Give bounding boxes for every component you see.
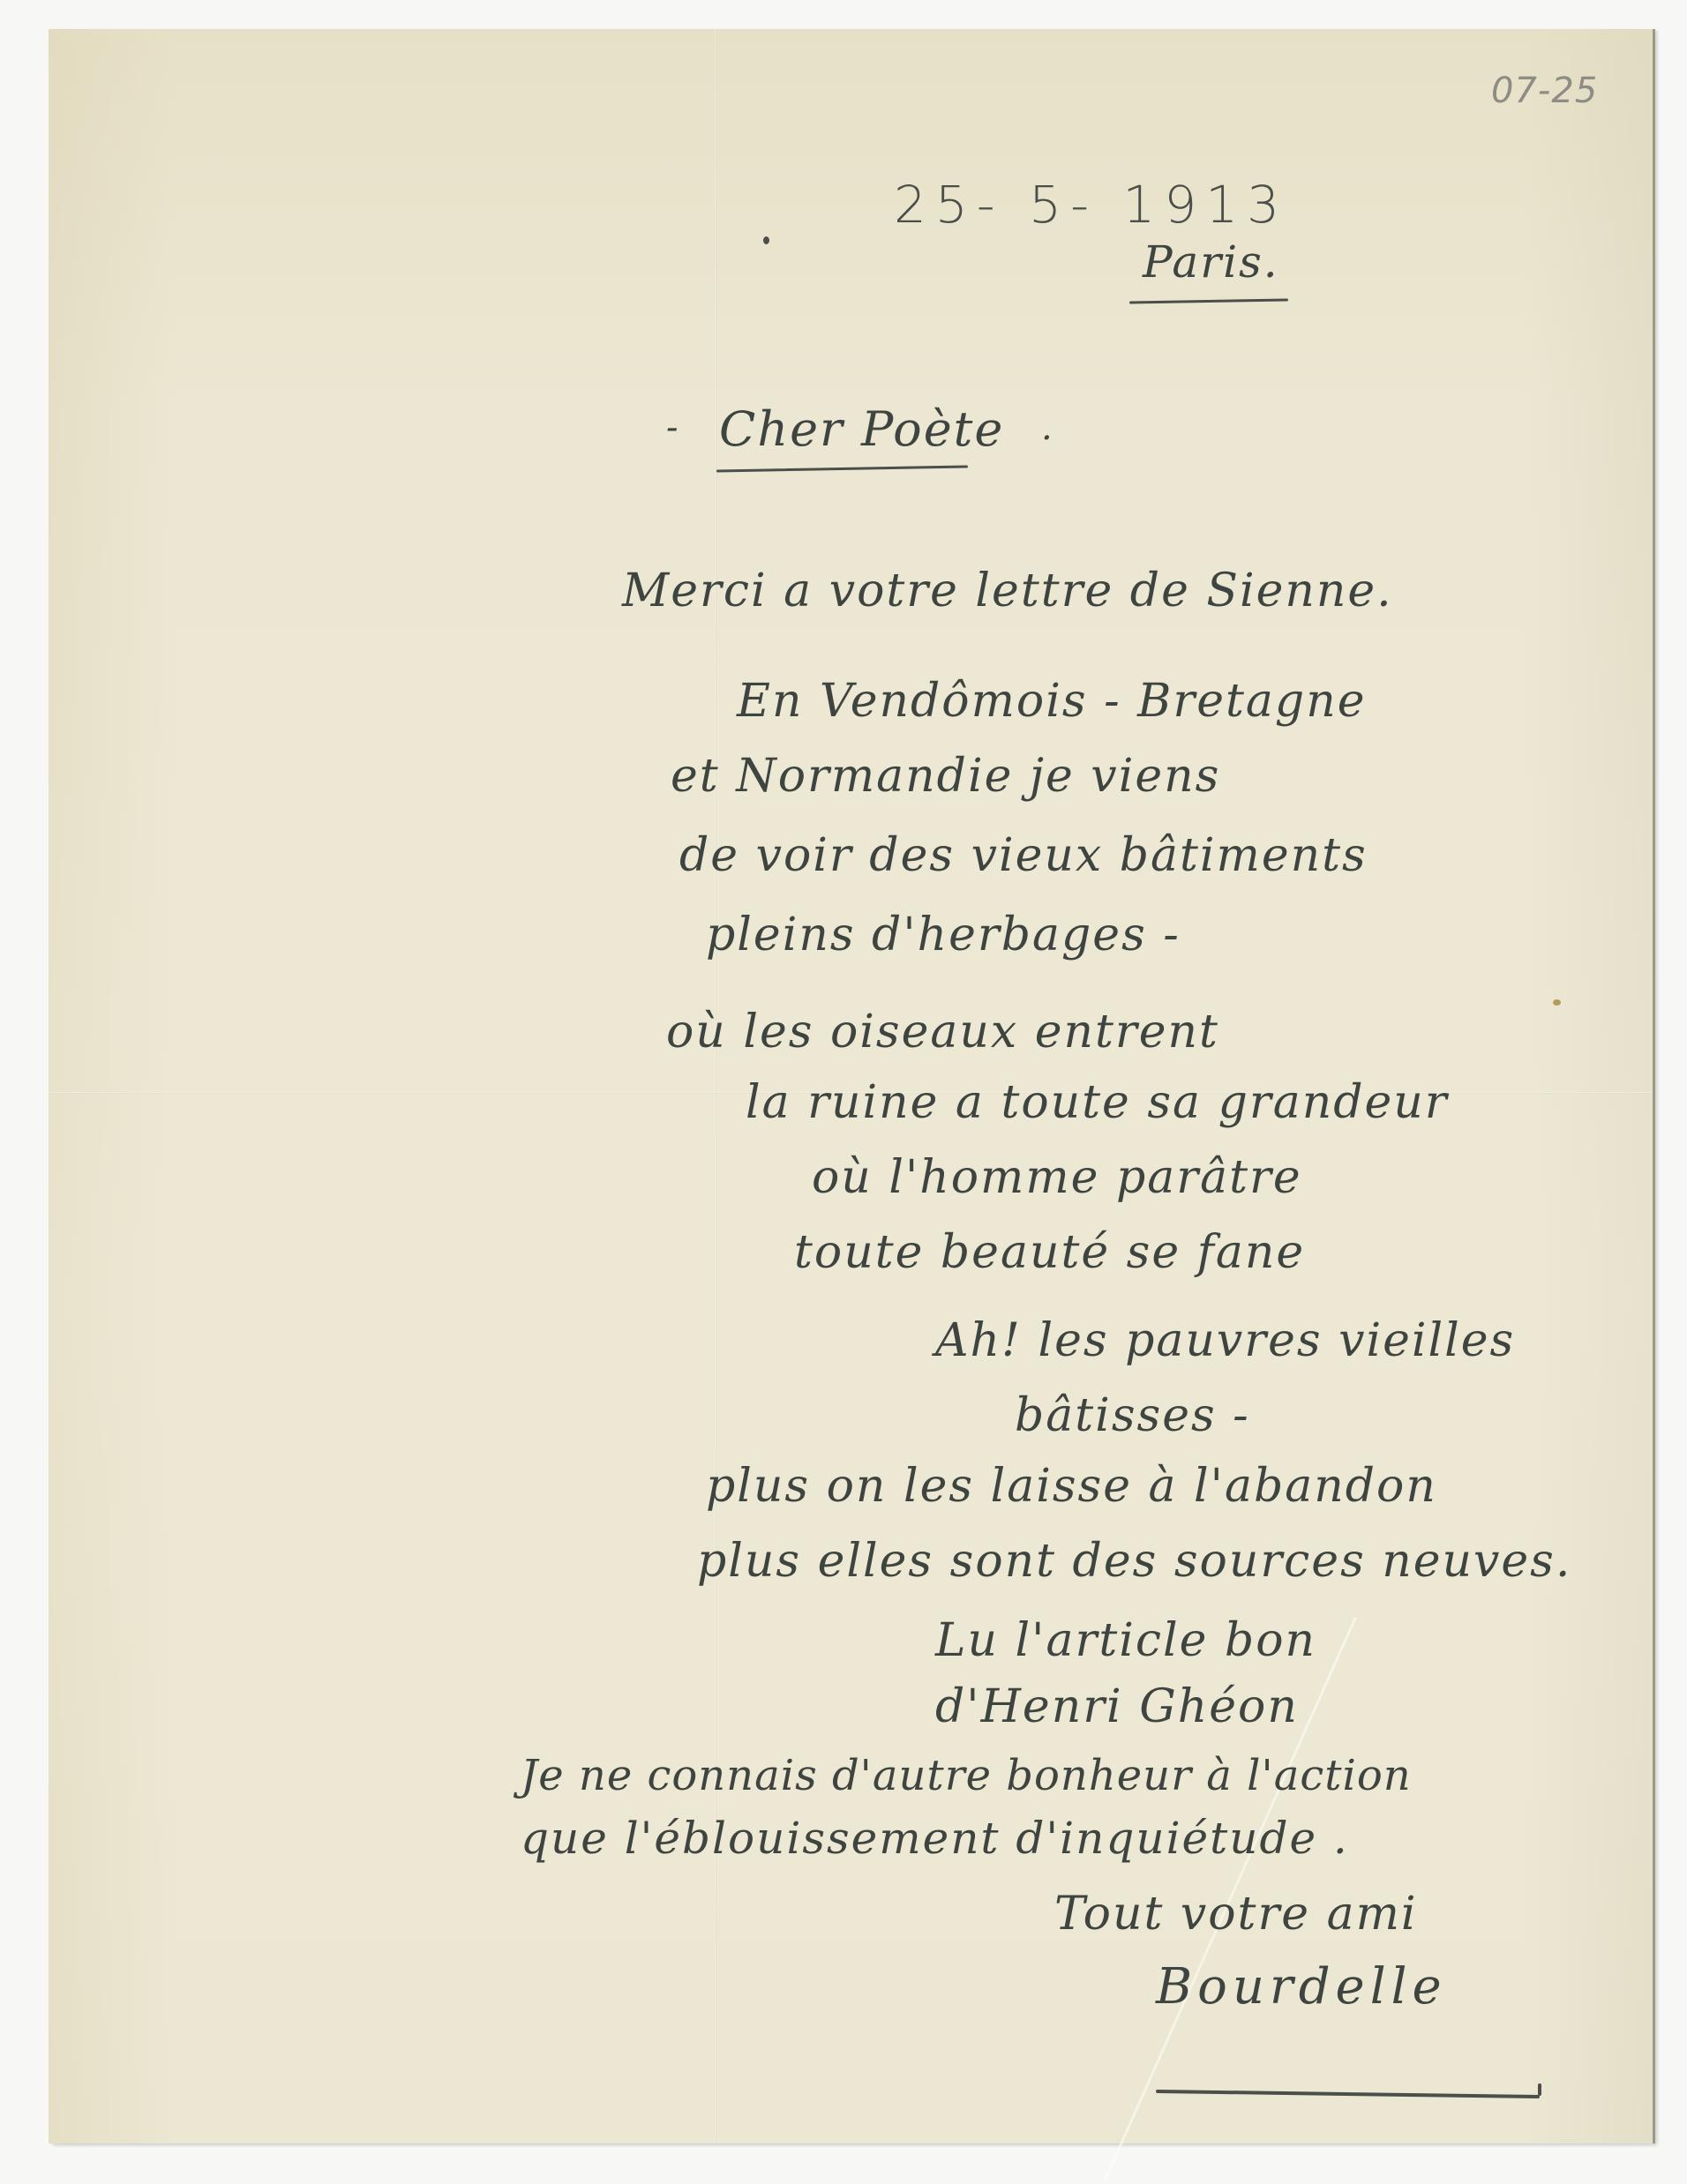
ink-stain: [1553, 999, 1561, 1006]
body-line-13: plus elles sont des sources neuves.: [697, 1535, 1571, 1588]
letter-place: Paris.: [1143, 236, 1279, 288]
salutation: Cher Poète: [719, 401, 1004, 457]
archive-number: 07-25: [1491, 71, 1598, 111]
body-line-11: bâtisses -: [1015, 1389, 1250, 1442]
body-line-6: où les oiseaux entrent: [666, 1006, 1219, 1058]
body-line-3: et Normandie je viens: [671, 750, 1220, 803]
body-line-4: de voir des vieux bâtiments: [679, 829, 1368, 882]
ink-blot: [763, 236, 769, 244]
body-line-14: Lu l'article bon: [935, 1614, 1316, 1667]
salutation-dash: -: [666, 408, 680, 448]
signature-underline-tick: [1538, 2083, 1541, 2096]
body-line-17: que l'éblouissement d'inquiétude .: [521, 1813, 1349, 1864]
body-line-9: toute beauté se fane: [794, 1226, 1305, 1279]
salutation-period: .: [1041, 408, 1054, 448]
letter-date: 25- 5- 1913: [894, 175, 1288, 235]
body-line-2: En Vendômois - Bretagne: [737, 675, 1366, 728]
body-line-1: Merci a votre lettre de Sienne.: [622, 565, 1393, 617]
body-line-16: Je ne connais d'autre bonheur à l'action: [521, 1751, 1412, 1800]
body-line-8: où l'homme parâtre: [812, 1151, 1302, 1204]
closing: Tout votre ami: [1054, 1888, 1418, 1941]
body-line-10: Ah! les pauvres vieilles: [935, 1314, 1515, 1367]
body-line-5: pleins d'herbages -: [706, 909, 1181, 961]
body-line-12: plus on les laisse à l'abandon: [706, 1460, 1437, 1513]
body-line-15: d'Henri Ghéon: [935, 1680, 1299, 1733]
body-line-7: la ruine a toute sa grandeur: [746, 1076, 1449, 1129]
signature: Bourdelle: [1156, 1958, 1447, 2016]
